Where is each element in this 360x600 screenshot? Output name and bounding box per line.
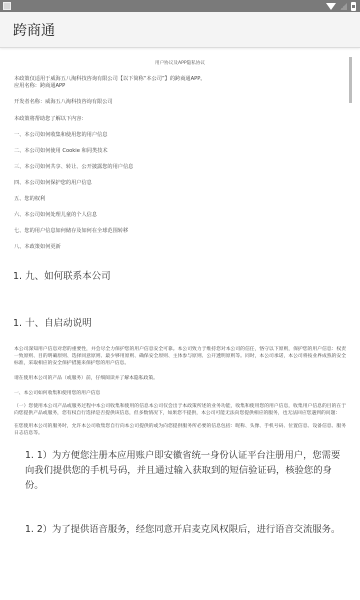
toc-item: 五、您的权利 <box>14 196 346 203</box>
toc-item: 七、您的用户信息如何储存及如何在全球范围转移 <box>14 228 346 235</box>
toc-item: 六、本公司如何处理儿童的个人信息 <box>14 212 346 219</box>
status-bar <box>0 0 360 12</box>
no-signal-icon <box>340 3 347 10</box>
list-item-number: 1. <box>25 450 34 461</box>
list-item-register: 1. 1）为方便您注册本应用账户即安徽省统一身份认证平台注册用户，您需要向我们提… <box>0 448 360 493</box>
toc-item: 四、本公司如何保护您的用户信息 <box>14 180 346 187</box>
list-item-text: 1）为方便您注册本应用账户即安徽省统一身份认证平台注册用户，您需要向我们提供您的… <box>25 450 340 491</box>
paragraph-allow: 在您使用本公司的服务时，允许本公司收集您自行向本公司提供的或为向您提供服务所必要… <box>14 423 346 437</box>
paragraph-read-policy: 请在使用本公司的产品（或服务）前，仔细阅读并了解本隐私政策。 <box>14 375 346 382</box>
list-item-voice: 1. 2）为了提供语音服务，经您同意开启麦克风权限后，进行语音交流服务。 <box>0 522 360 537</box>
toc-item: 八、本政策如何更新 <box>14 244 346 251</box>
heading-auto-start: 1. 十、自启动说明 <box>0 315 360 329</box>
wifi-icon <box>326 3 336 10</box>
document-scroll-view[interactable]: 用户协议及APP隐私协议 本政策仅适用于威海五八淘科技咨询有限公司【以下简称“本… <box>0 49 360 600</box>
notification-icon <box>3 2 11 10</box>
developer-line: 开发者名称：威海五八淘科技咨询有限公司 <box>14 99 346 106</box>
list-item-text: 2）为了提供语音服务，经您同意开启麦克风权限后，进行语音交流服务。 <box>37 524 340 535</box>
privacy-document: 用户协议及APP隐私协议 本政策仅适用于威海五八淘科技咨询有限公司【以下简称“本… <box>0 60 360 251</box>
battery-icon <box>351 2 356 11</box>
app-name-line: 应用名称：跨商通APP <box>14 83 346 90</box>
help-text: 本政策将帮助您了解以下内容： <box>14 116 346 123</box>
paragraph-importance: 本公司深知用户信息对您的重要性，并会尽全力保护您的用户信息安全可靠。本公司致力于… <box>14 346 346 367</box>
app-bar: 跨商通 <box>0 12 360 48</box>
section-heading-collect: 一、本公司如何收集和使用您的用户信息 <box>14 390 346 397</box>
scrollbar[interactable] <box>349 57 352 103</box>
toc-item: 二、本公司如何使用 Cookie 和同类技术 <box>14 148 346 155</box>
toc-item: 一、本公司如何收集和使用您的用户信息 <box>14 132 346 139</box>
paragraph-collect: （一）您使用本公司产品或服务过程中本公司收集和使用的信息本公司仅会出于本政策所述… <box>14 403 346 417</box>
app-title: 跨商通 <box>13 20 55 40</box>
list-item-number: 1. <box>25 524 34 535</box>
heading-contact-us: 1. 九、如何联系本公司 <box>0 268 360 282</box>
document-title: 用户协议及APP隐私协议 <box>14 60 346 66</box>
toc-item: 三、本公司如何共享、转让、公开披露您的用户信息 <box>14 164 346 171</box>
